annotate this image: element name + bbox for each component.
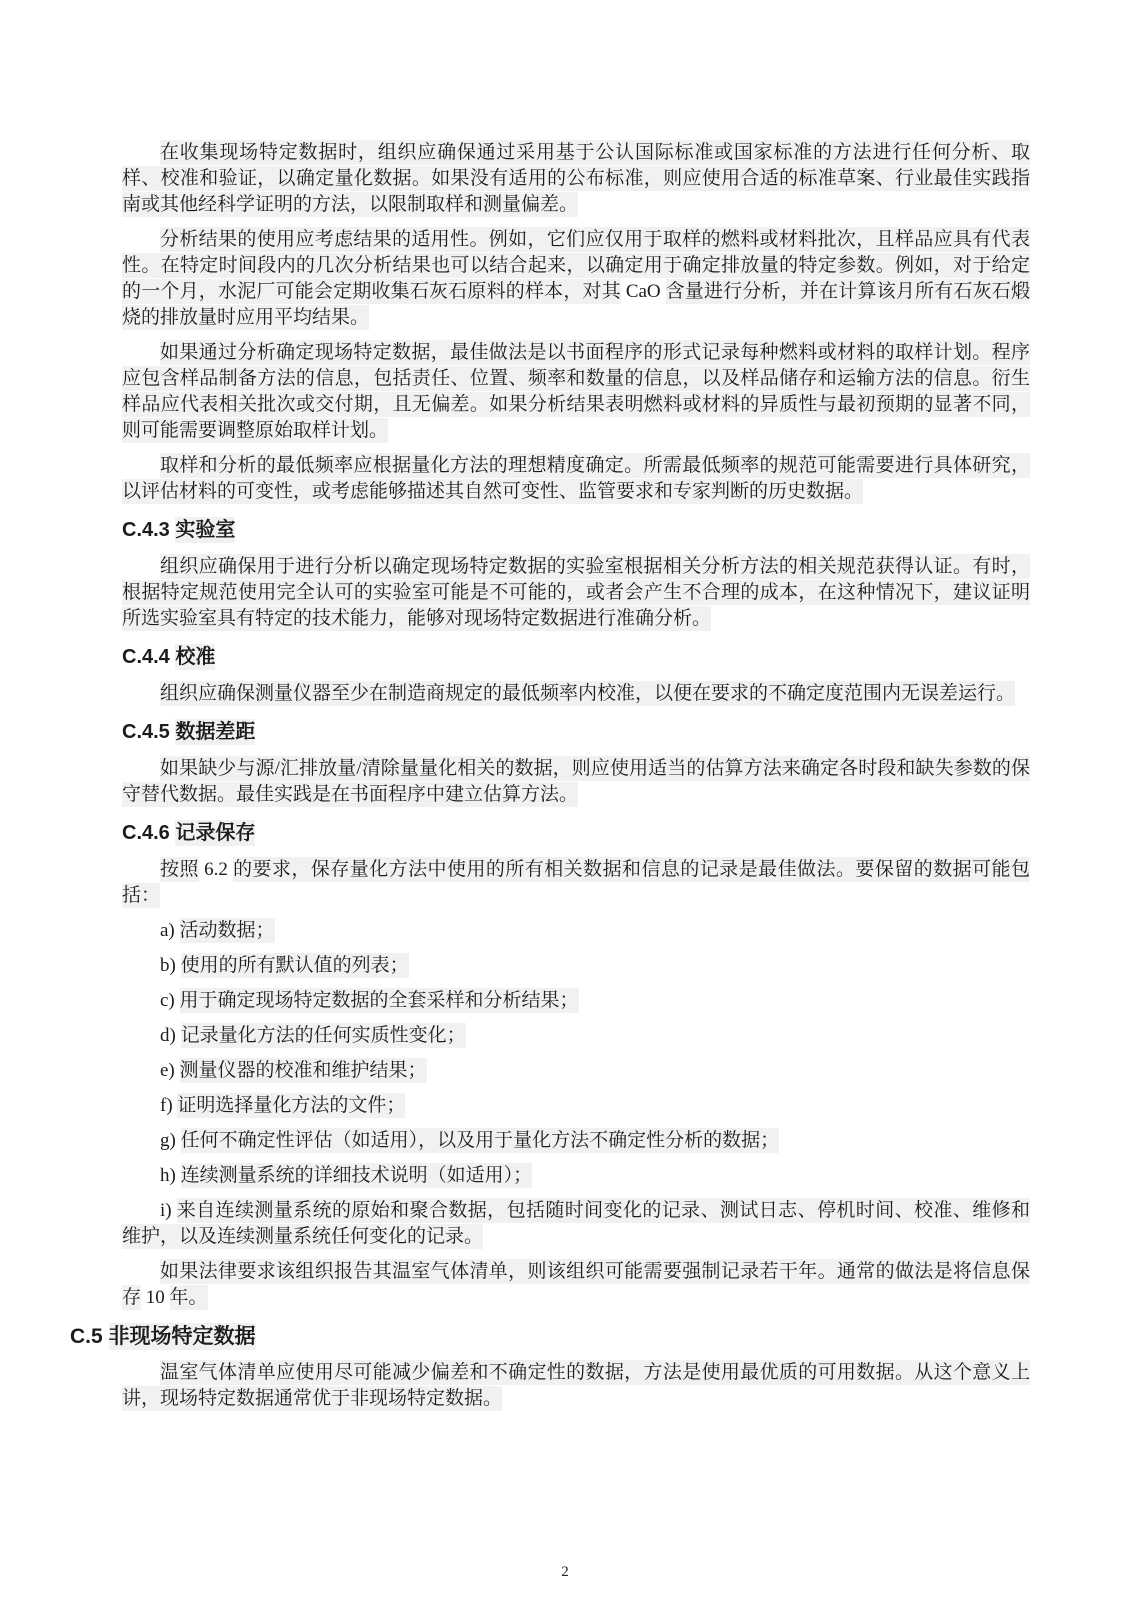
- subsection-heading: C.4.3 实验室: [122, 517, 1030, 544]
- highlighted-text-run: 实验室: [175, 517, 235, 543]
- plain-text-run: 6.2: [199, 857, 233, 882]
- paragraph: 如果缺少与源/汇排放量/清除量量化相关的数据，则应使用适当的估算方法来确定各时段…: [122, 756, 1030, 808]
- paragraph: 组织应确保用于进行分析以确定现场特定数据的实验室根据相关分析方法的相关规范获得认…: [122, 554, 1030, 632]
- highlighted-text-run: 组织应确保用于进行分析以确定现场特定数据的实验室根据相关分析方法的相关规范获得认…: [122, 554, 1030, 631]
- highlighted-text-run: 用于确定现场特定数据的全套采样和分析结果；: [180, 988, 579, 1013]
- paragraph: 如果通过分析确定现场特定数据，最佳做法是以书面程序的形式记录每种燃料或材料的取样…: [122, 340, 1030, 444]
- list-item: f) 证明选择量化方法的文件；: [122, 1093, 1030, 1119]
- plain-text-run: C.4.5: [122, 719, 175, 745]
- list-item: e) 测量仪器的校准和维护结果；: [122, 1058, 1030, 1084]
- paragraph: 按照 6.2 的要求，保存量化方法中使用的所有相关数据和信息的记录是最佳做法。要…: [122, 857, 1030, 909]
- highlighted-text-run: 如果通过分析确定现场特定数据，最佳做法是以书面程序的形式记录每种燃料或材料的取样…: [122, 340, 1030, 443]
- subsection-heading: C.4.4 校准: [122, 644, 1030, 671]
- list-item: d) 记录量化方法的任何实质性变化；: [122, 1023, 1030, 1049]
- highlighted-text-run: 数据差距: [175, 719, 255, 745]
- highlighted-text-run: 温室气体清单应使用尽可能减少偏差和不确定性的数据，方法是使用最优质的可用数据。从…: [122, 1360, 1030, 1411]
- plain-text-run: C.4.4: [122, 644, 175, 670]
- highlighted-text-run: 非现场特定数据: [109, 1323, 256, 1350]
- paragraph: 取样和分析的最低频率应根据量化方法的理想精度确定。所需最低频率的规范可能需要进行…: [122, 453, 1030, 505]
- list-item: i) 来自连续测量系统的原始和聚合数据，包括随时间变化的记录、测试日志、停机时间…: [122, 1198, 1030, 1250]
- highlighted-text-run: 任何不确定性评估（如适用），以及用于量化方法不确定性分析的数据；: [181, 1128, 780, 1153]
- paragraph: 组织应确保测量仪器至少在制造商规定的最低频率内校准，以便在要求的不确定度范围内无…: [122, 681, 1030, 707]
- highlighted-text-run: 按照: [160, 857, 199, 882]
- subsection-heading: C.4.5 数据差距: [122, 719, 1030, 746]
- paragraph: 如果法律要求该组织报告其温室气体清单，则该组织可能需要强制记录若干年。通常的做法…: [122, 1259, 1030, 1311]
- highlighted-text-run: 活动数据；: [180, 918, 275, 943]
- page-number: 2: [0, 1564, 1130, 1581]
- plain-text-run: h): [160, 1163, 181, 1188]
- list-item: a) 活动数据；: [122, 918, 1030, 944]
- plain-text-run: a): [160, 918, 180, 943]
- document-page: 在收集现场特定数据时，组织应确保通过采用基于公认国际标准或国家标准的方法进行任何…: [0, 0, 1130, 1600]
- plain-text-run: c): [160, 988, 180, 1013]
- document-body: 在收集现场特定数据时，组织应确保通过采用基于公认国际标准或国家标准的方法进行任何…: [70, 140, 1030, 1421]
- plain-text-run: C.4.3: [122, 517, 175, 543]
- subsection-heading: C.4.6 记录保存: [122, 820, 1030, 847]
- highlighted-text-run: 取样和分析的最低频率应根据量化方法的理想精度确定。所需最低频率的规范可能需要进行…: [122, 453, 1030, 504]
- highlighted-text-run: 连续测量系统的详细技术说明（如适用）；: [181, 1163, 533, 1188]
- highlighted-text-run: 记录量化方法的任何实质性变化；: [181, 1023, 466, 1048]
- plain-text-run: CaO: [621, 279, 666, 304]
- highlighted-text-run: 的要求，保存量化方法中使用的所有相关数据和信息的记录是最佳做法。要保留的数据可能…: [122, 857, 1030, 908]
- paragraph: 分析结果的使用应考虑结果的适用性。例如，它们应仅用于取样的燃料或材料批次，且样品…: [122, 227, 1030, 331]
- highlighted-text-run: 年。: [170, 1285, 208, 1310]
- paragraph: 在收集现场特定数据时，组织应确保通过采用基于公认国际标准或国家标准的方法进行任何…: [122, 140, 1030, 218]
- plain-text-run: d): [160, 1023, 181, 1048]
- highlighted-text-run: 在收集现场特定数据时，组织应确保通过采用基于公认国际标准或国家标准的方法进行任何…: [122, 140, 1030, 217]
- paragraph: 温室气体清单应使用尽可能减少偏差和不确定性的数据，方法是使用最优质的可用数据。从…: [122, 1360, 1030, 1412]
- list-item: c) 用于确定现场特定数据的全套采样和分析结果；: [122, 988, 1030, 1014]
- highlighted-text-run: 使用的所有默认值的列表；: [181, 953, 409, 978]
- plain-text-run: i): [160, 1198, 177, 1223]
- highlighted-text-run: 如果法律要求该组织报告其温室气体清单，则该组织可能需要强制记录若干年。通常的做法…: [122, 1259, 1030, 1310]
- highlighted-text-run: 来自连续测量系统的原始和聚合数据，包括随时间变化的记录、测试日志、停机时间、校准…: [122, 1198, 1030, 1249]
- plain-text-run: g): [160, 1128, 181, 1153]
- list-item: h) 连续测量系统的详细技术说明（如适用）；: [122, 1163, 1030, 1189]
- plain-text-run: b): [160, 953, 181, 978]
- highlighted-text-run: 记录保存: [175, 820, 255, 846]
- plain-text-run: 10: [141, 1285, 170, 1310]
- highlighted-text-run: 组织应确保测量仪器至少在制造商规定的最低频率内校准，以便在要求的不确定度范围内无…: [160, 681, 1015, 706]
- highlighted-text-run: 校准: [175, 644, 215, 670]
- plain-text-run: e): [160, 1058, 180, 1083]
- plain-text-run: C.5: [70, 1323, 109, 1350]
- plain-text-run: f): [160, 1093, 177, 1118]
- list-item: b) 使用的所有默认值的列表；: [122, 953, 1030, 979]
- plain-text-run: C.4.6: [122, 820, 175, 846]
- list-item: g) 任何不确定性评估（如适用），以及用于量化方法不确定性分析的数据；: [122, 1128, 1030, 1154]
- section-heading: C.5 非现场特定数据: [70, 1323, 1030, 1350]
- highlighted-text-run: 证明选择量化方法的文件；: [177, 1093, 405, 1118]
- highlighted-text-run: 测量仪器的校准和维护结果；: [180, 1058, 427, 1083]
- highlighted-text-run: 如果缺少与源/汇排放量/清除量量化相关的数据，则应使用适当的估算方法来确定各时段…: [122, 756, 1030, 807]
